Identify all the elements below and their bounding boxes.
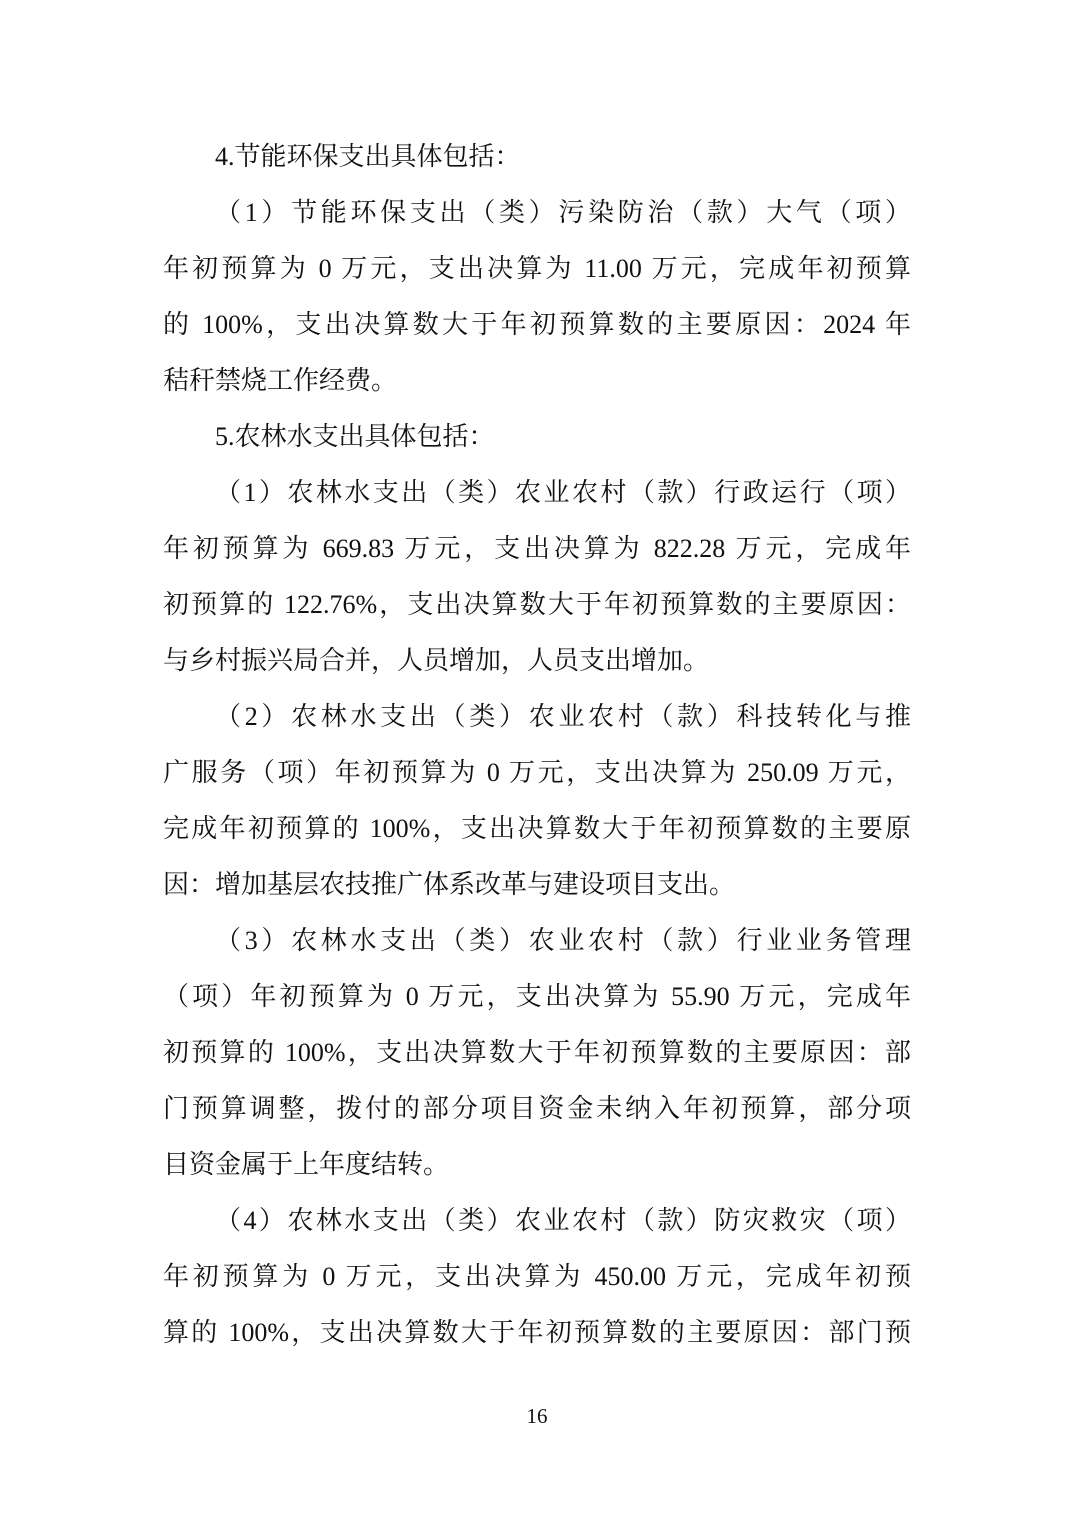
text-line: 门预算调整，拨付的部分项目资金未纳入年初预算，部分项 <box>163 1081 911 1137</box>
paragraph: （3）农林水支出（类）农业农村（款）行业业务管理（项）年初预算为 0 万元，支出… <box>163 913 911 1193</box>
text-line: （项）年初预算为 0 万元，支出决算为 55.90 万元，完成年 <box>163 969 911 1025</box>
text-line: 年初预算为 669.83 万元，支出决算为 822.28 万元，完成年 <box>163 521 911 577</box>
text-line: 初预算的 100%，支出决算数大于年初预算数的主要原因：部 <box>163 1025 911 1081</box>
section-heading: 4.节能环保支出具体包括： <box>163 129 911 185</box>
page-number: 16 <box>527 1404 548 1428</box>
document-body: 4.节能环保支出具体包括：（1）节能环保支出（类）污染防治（款）大气（项）年初预… <box>163 129 911 1361</box>
text-line: 与乡村振兴局合并，人员增加，人员支出增加。 <box>163 633 911 689</box>
text-line: 4.节能环保支出具体包括： <box>163 129 911 185</box>
text-line: 的 100%，支出决算数大于年初预算数的主要原因：2024 年 <box>163 297 911 353</box>
text-line: 广服务（项）年初预算为 0 万元，支出决算为 250.09 万元， <box>163 745 911 801</box>
text-line: （1）节能环保支出（类）污染防治（款）大气（项） <box>163 185 911 241</box>
text-line: 因：增加基层农技推广体系改革与建设项目支出。 <box>163 857 911 913</box>
text-line: 秸秆禁烧工作经费。 <box>163 353 911 409</box>
text-line: 初预算的 122.76%，支出决算数大于年初预算数的主要原因： <box>163 577 911 633</box>
text-line: 目资金属于上年度结转。 <box>163 1137 911 1193</box>
page-footer: 16 <box>0 1402 1074 1430</box>
text-line: （3）农林水支出（类）农业农村（款）行业业务管理 <box>163 913 911 969</box>
text-line: 年初预算为 0 万元，支出决算为 11.00 万元，完成年初预算 <box>163 241 911 297</box>
section-heading: 5.农林水支出具体包括： <box>163 409 911 465</box>
paragraph: （4）农林水支出（类）农业农村（款）防灾救灾（项）年初预算为 0 万元，支出决算… <box>163 1193 911 1361</box>
text-line: 算的 100%，支出决算数大于年初预算数的主要原因：部门预 <box>163 1305 911 1361</box>
text-line: 年初预算为 0 万元，支出决算为 450.00 万元，完成年初预 <box>163 1249 911 1305</box>
paragraph: （2）农林水支出（类）农业农村（款）科技转化与推广服务（项）年初预算为 0 万元… <box>163 689 911 913</box>
text-line: （1）农林水支出（类）农业农村（款）行政运行（项） <box>163 465 911 521</box>
paragraph: （1）节能环保支出（类）污染防治（款）大气（项）年初预算为 0 万元，支出决算为… <box>163 185 911 409</box>
document-page: 4.节能环保支出具体包括：（1）节能环保支出（类）污染防治（款）大气（项）年初预… <box>0 0 1074 1520</box>
text-line: （2）农林水支出（类）农业农村（款）科技转化与推 <box>163 689 911 745</box>
text-line: 5.农林水支出具体包括： <box>163 409 911 465</box>
text-line: 完成年初预算的 100%，支出决算数大于年初预算数的主要原 <box>163 801 911 857</box>
text-line: （4）农林水支出（类）农业农村（款）防灾救灾（项） <box>163 1193 911 1249</box>
paragraph: （1）农林水支出（类）农业农村（款）行政运行（项）年初预算为 669.83 万元… <box>163 465 911 689</box>
